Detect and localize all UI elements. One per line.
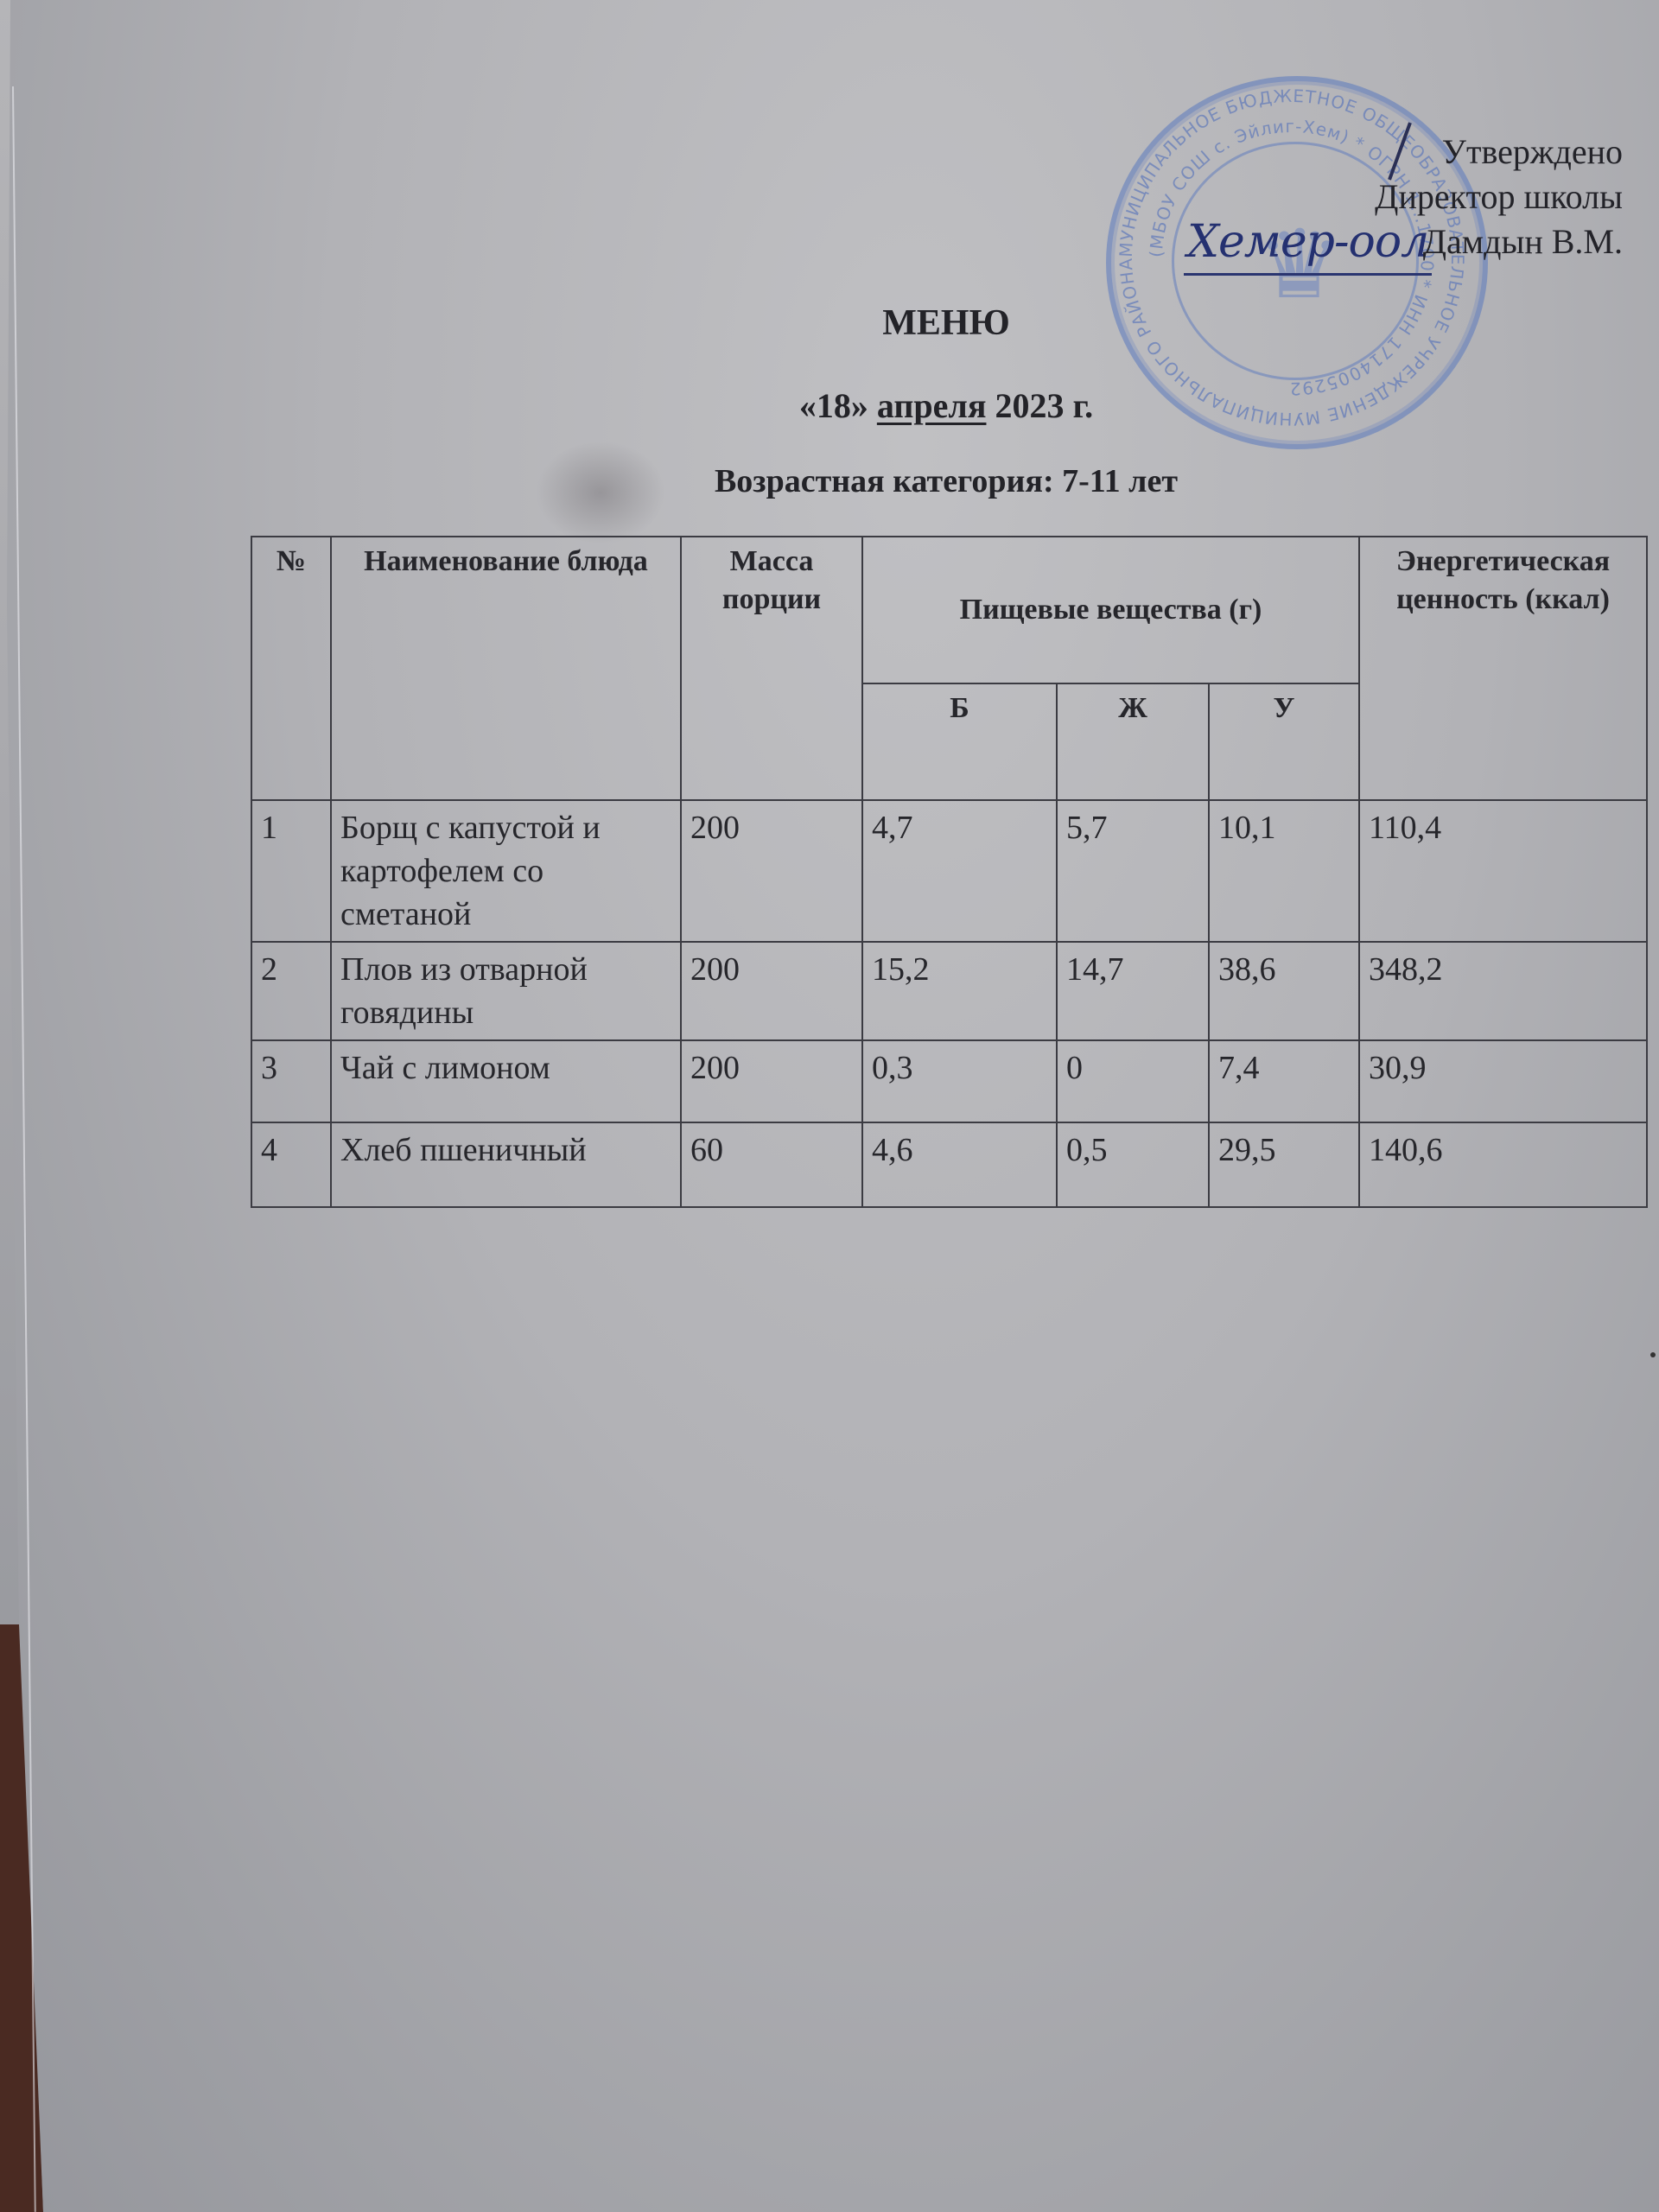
header-nutrients: Пищевые вещества (г) [862, 537, 1359, 683]
cell-energy: 110,4 [1359, 800, 1647, 942]
table-header-row: № Наименование блюда Масса порции Пищевы… [251, 537, 1647, 683]
header-carbs: У [1209, 683, 1359, 800]
approver-position: Директор школы [1375, 175, 1623, 219]
table-row: 4 Хлеб пшеничный 60 4,6 0,5 29,5 140,6 [251, 1122, 1647, 1207]
cell-dish-name: Хлеб пшеничный [331, 1122, 681, 1207]
approver-name: Дамдын В.М. [1375, 219, 1623, 264]
header-protein: Б [862, 683, 1057, 800]
cell-dish-name: Плов из отварной говядины [331, 942, 681, 1040]
cell-energy: 140,6 [1359, 1122, 1647, 1207]
header-dish-name: Наименование блюда [331, 537, 681, 800]
cell-carbs: 7,4 [1209, 1040, 1359, 1122]
cell-carbs: 38,6 [1209, 942, 1359, 1040]
table-row: 3 Чай с лимоном 200 0,3 0 7,4 30,9 [251, 1040, 1647, 1122]
cell-fat: 14,7 [1057, 942, 1209, 1040]
cell-number: 4 [251, 1122, 331, 1207]
cell-protein: 0,3 [862, 1040, 1057, 1122]
date-month: апреля [877, 386, 987, 425]
cell-protein: 15,2 [862, 942, 1057, 1040]
cell-mass: 60 [681, 1122, 862, 1207]
date-quote-close: » [851, 386, 868, 425]
document-title: МЕНЮ [0, 302, 1659, 344]
cell-mass: 200 [681, 942, 862, 1040]
header-number: № [251, 537, 331, 800]
age-category: Возрастная категория: 7-11 лет [0, 462, 1659, 500]
cell-fat: 5,7 [1057, 800, 1209, 942]
cell-energy: 348,2 [1359, 942, 1647, 1040]
cell-fat: 0,5 [1057, 1122, 1209, 1207]
document-date: «18» апреля 2023 г. [0, 385, 1659, 426]
cell-number: 2 [251, 942, 331, 1040]
cell-mass: 200 [681, 800, 862, 942]
menu-table: № Наименование блюда Масса порции Пищевы… [251, 536, 1648, 1208]
table-row: 1 Борщ с капустой и картофелем со сметан… [251, 800, 1647, 942]
table-row: 2 Плов из отварной говядины 200 15,2 14,… [251, 942, 1647, 1040]
date-day: 18 [817, 386, 851, 425]
paper-speck [1650, 1352, 1656, 1357]
approval-label: Утверждено [1375, 130, 1623, 175]
cell-energy: 30,9 [1359, 1040, 1647, 1122]
header-energy: Энергетическая ценность (ккал) [1359, 537, 1647, 800]
cell-protein: 4,6 [862, 1122, 1057, 1207]
cell-dish-name: Чай с лимоном [331, 1040, 681, 1122]
cell-number: 1 [251, 800, 331, 942]
cell-carbs: 10,1 [1209, 800, 1359, 942]
cell-fat: 0 [1057, 1040, 1209, 1122]
approval-block: Утверждено Директор школы Дамдын В.М. [1375, 130, 1623, 264]
cell-carbs: 29,5 [1209, 1122, 1359, 1207]
date-quote-open: « [799, 386, 817, 425]
cell-dish-name: Борщ с капустой и картофелем со сметаной [331, 800, 681, 942]
date-year: 2023 г. [995, 386, 1093, 425]
header-portion-mass: Масса порции [681, 537, 862, 800]
cell-protein: 4,7 [862, 800, 1057, 942]
cell-number: 3 [251, 1040, 331, 1122]
cell-mass: 200 [681, 1040, 862, 1122]
header-fat: Ж [1057, 683, 1209, 800]
